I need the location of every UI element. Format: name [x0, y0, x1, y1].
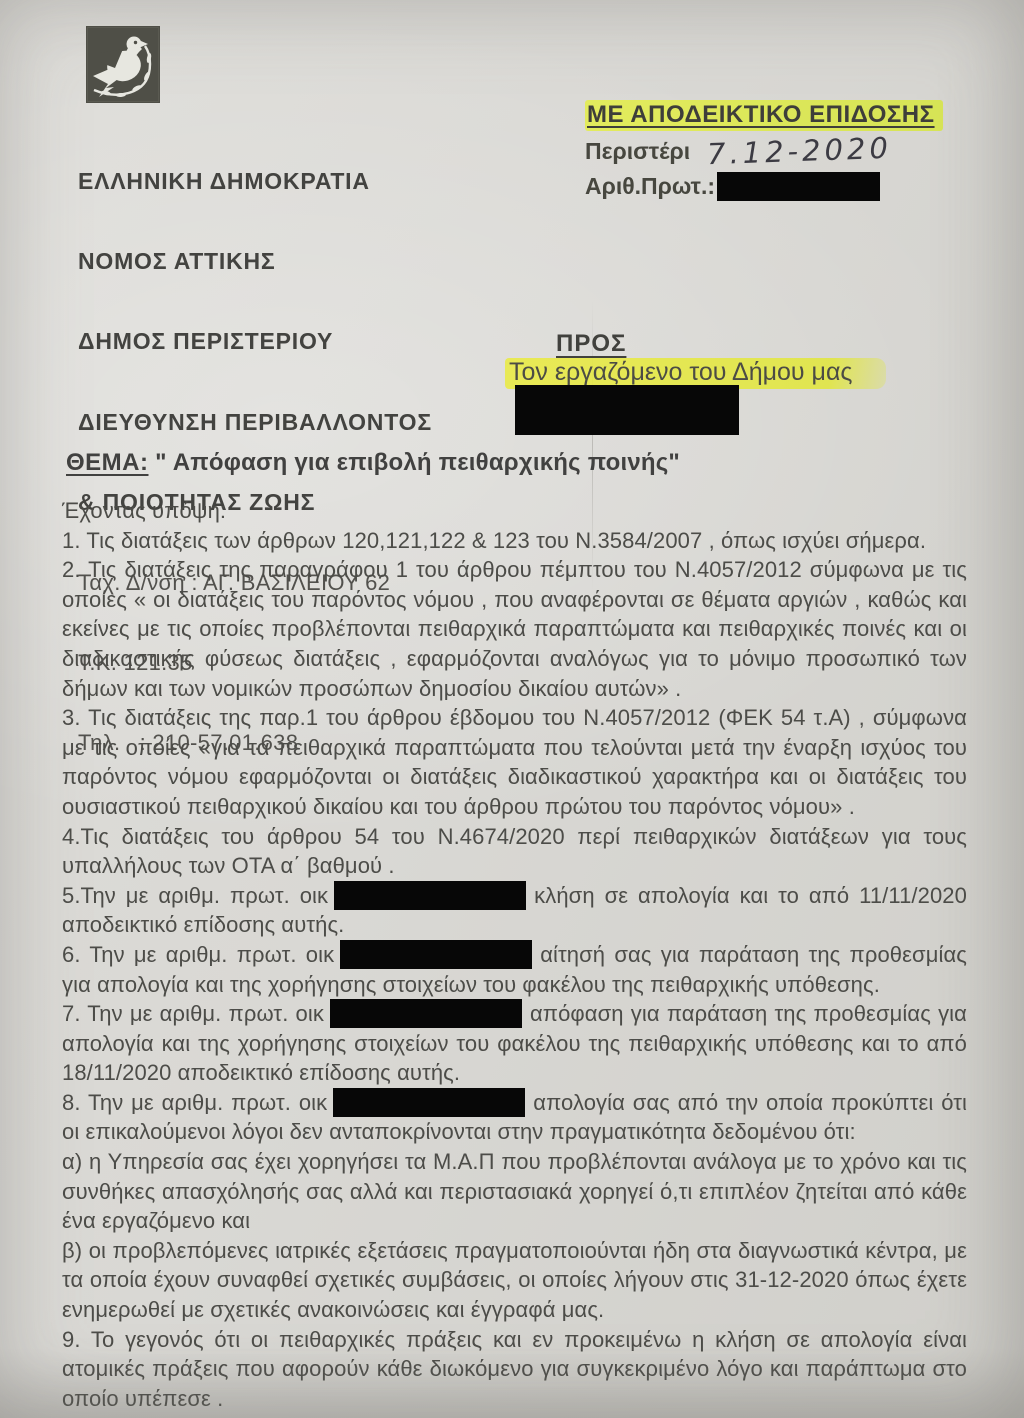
- body-paragraph: 6. Την με αριθμ. πρωτ. οικαίτησή σας για…: [62, 940, 967, 999]
- body-paragraph: 2. Τις διατάξεις της παραγράφου 1 του άρ…: [62, 555, 967, 703]
- body-text: α) η Υπηρεσία σας έχει χορηγήσει τα Μ.Α.…: [62, 1149, 967, 1233]
- protocol-line: Αριθ.Πρωτ.:: [585, 172, 943, 201]
- redacted-text: [333, 1088, 525, 1117]
- protocol-label: Αριθ.Πρωτ.:: [585, 173, 715, 199]
- delivery-method-label: ΜΕ ΑΠΟΔΕΙΚΤΙΚΟ ΕΠΙΔΟΣΗΣ: [585, 100, 943, 131]
- body-paragraph: 1. Τις διατάξεις των άρθρων 120,121,122 …: [62, 526, 967, 556]
- body-text: 2. Τις διατάξεις της παραγράφου 1 του άρ…: [62, 557, 967, 700]
- handwritten-date: 7.12-2020: [706, 131, 892, 171]
- redacted-text: [330, 999, 522, 1028]
- body-text: 9. Το γεγονός ότι οι πειθαρχικές πράξεις…: [62, 1327, 967, 1411]
- subject-label: ΘΕΜΑ:: [66, 449, 149, 476]
- body-text: 1. Τις διατάξεις των άρθρων 120,121,122 …: [62, 528, 926, 553]
- body-paragraph: β) οι προβλεπόμενες ιατρικές εξετάσεις π…: [62, 1236, 967, 1325]
- agency-line: ΝΟΜΟΣ ΑΤΤΙΚΗΣ: [78, 248, 432, 275]
- body-text: β) οι προβλεπόμενες ιατρικές εξετάσεις π…: [62, 1238, 967, 1322]
- redacted-text: [334, 881, 526, 910]
- agency-line: ΕΛΛΗΝΙΚΗ ΔΗΜΟΚΡΑΤΙΑ: [78, 168, 432, 195]
- letter-body: Έχοντας υπόψη: 1. Τις διατάξεις των άρθρ…: [62, 496, 967, 1413]
- to-label: ΠΡΟΣ: [556, 330, 626, 358]
- dove-olive-branch-icon: [86, 26, 160, 103]
- agency-line: ΔΙΕΥΘΥΝΣΗ ΠΕΡΙΒΑΛΛΟΝΤΟΣ: [78, 409, 432, 436]
- body-text: 7. Την με αριθμ. πρωτ. οικ: [62, 1001, 324, 1026]
- body-text: 5.Την με αριθμ. πρωτ. οικ: [62, 883, 328, 908]
- body-text: 6. Την με αριθμ. πρωτ. οικ: [62, 942, 334, 967]
- body-paragraph: 8. Την με αριθμ. πρωτ. οικαπολογία σας α…: [62, 1088, 967, 1147]
- body-paragraph: 4.Τις διατάξεις του άρθρου 54 του Ν.4674…: [62, 822, 967, 881]
- city-label: Περιστέρι: [585, 138, 690, 164]
- considering-intro: Έχοντας υπόψη:: [62, 496, 967, 526]
- agency-line: ΔΗΜΟΣ ΠΕΡΙΣΤΕΡΙΟΥ: [78, 328, 432, 355]
- body-paragraph: 3. Τις διατάξεις της παρ.1 του άρθρου έβ…: [62, 703, 967, 821]
- redacted-text: [340, 940, 532, 969]
- municipality-logo: [86, 26, 160, 103]
- delivery-block: ΜΕ ΑΠΟΔΕΙΚΤΙΚΟ ΕΠΙΔΟΣΗΣ Περιστέρι 7.12-2…: [585, 100, 943, 201]
- subject-line: ΘΕΜΑ: " Απόφαση για επιβολή πειθαρχικής …: [66, 449, 680, 477]
- body-text: 4.Τις διατάξεις του άρθρου 54 του Ν.4674…: [62, 824, 967, 879]
- body-paragraph: 7. Την με αριθμ. πρωτ. οικαπόφαση για πα…: [62, 999, 967, 1088]
- body-paragraph: α) η Υπηρεσία σας έχει χορηγήσει τα Μ.Α.…: [62, 1147, 967, 1236]
- body-paragraph: 9. Το γεγονός ότι οι πειθαρχικές πράξεις…: [62, 1325, 967, 1414]
- protocol-redaction: [717, 172, 880, 201]
- date-line: Περιστέρι 7.12-2020: [585, 138, 943, 170]
- body-paragraph: 5.Την με αριθμ. πρωτ. οικκλήση σε απολογ…: [62, 881, 967, 940]
- body-text: 8. Την με αριθμ. πρωτ. οικ: [62, 1090, 327, 1115]
- recipient-redaction: [515, 385, 739, 435]
- subject-text: " Απόφαση για επιβολή πειθαρχικής ποινής…: [155, 449, 680, 476]
- scanned-letter-page: ΕΛΛΗΝΙΚΗ ΔΗΜΟΚΡΑΤΙΑ ΝΟΜΟΣ ΑΤΤΙΚΗΣ ΔΗΜΟΣ …: [0, 0, 1024, 1418]
- body-text: 3. Τις διατάξεις της παρ.1 του άρθρου έβ…: [62, 705, 967, 819]
